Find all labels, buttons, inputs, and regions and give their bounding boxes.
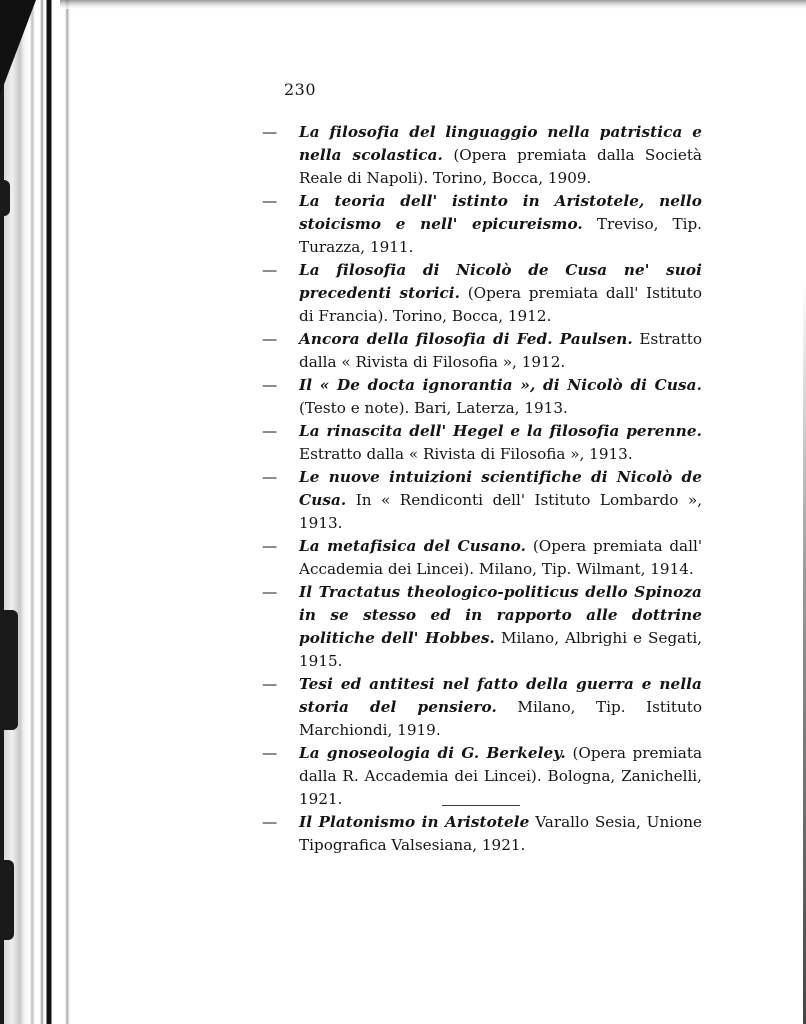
binding-shadow	[0, 0, 36, 95]
entry-dash: —	[262, 811, 277, 834]
entry-dash: —	[262, 535, 277, 558]
entry-dash: —	[262, 374, 277, 397]
page-number: 230	[284, 80, 316, 99]
bibliography-list: — La filosofia del linguaggio nella patr…	[262, 121, 702, 857]
entry-dash: —	[262, 259, 277, 282]
entry-dash: —	[262, 673, 277, 696]
bibliography-entry: — La teoria dell' istinto in Aristotele,…	[262, 190, 702, 259]
entry-publication: Estratto dalla « Rivista di Filosofia »,…	[299, 445, 633, 463]
entry-title: Il Platonismo in Aristotele	[299, 813, 529, 831]
bibliography-entry: — La filosofia del linguaggio nella patr…	[262, 121, 702, 190]
bibliography-entry: — Le nuove intuizioni scientifiche di Ni…	[262, 466, 702, 535]
entry-publication: In « Rendiconti dell' Istituto Lombardo …	[299, 491, 702, 532]
entry-dash: —	[262, 742, 277, 765]
entry-dash: —	[262, 581, 277, 604]
entry-title: La gnoseologia di G. Berkeley.	[299, 744, 566, 762]
entry-dash: —	[262, 328, 277, 351]
bibliography-entry: — Il « De docta ignorantia », di Nicolò …	[262, 374, 702, 420]
binding-shadow	[0, 180, 10, 216]
binding-shadow	[0, 610, 18, 730]
entry-dash: —	[262, 420, 277, 443]
entry-publication: (Testo e note). Bari, Laterza, 1913.	[299, 399, 568, 417]
entry-title: La rinascita dell' Hegel e la filosofia …	[299, 422, 702, 440]
entry-title: Il « De docta ignorantia », di Nicolò di…	[299, 376, 702, 394]
bibliography-entry: — La filosofia di Nicolò de Cusa ne' suo…	[262, 259, 702, 328]
bibliography-entry: — La metafisica del Cusano. (Opera premi…	[262, 535, 702, 581]
bibliography-entry: — Tesi ed antitesi nel fatto della guerr…	[262, 673, 702, 742]
entry-dash: —	[262, 466, 277, 489]
entry-title: La metafisica del Cusano.	[299, 537, 526, 555]
scan-top-edge	[60, 0, 806, 9]
entry-dash: —	[262, 190, 277, 213]
bibliography-entry: — La gnoseologia di G. Berkeley. (Opera …	[262, 742, 702, 811]
bibliography-entry: — Il Tractatus theologico-politicus dell…	[262, 581, 702, 673]
end-separator-rule	[442, 805, 520, 806]
entry-dash: —	[262, 121, 277, 144]
binding-shadow	[0, 860, 14, 940]
bibliography-entry: — Il Platonismo in Aristotele Varallo Se…	[262, 811, 702, 857]
bibliography-entry: — La rinascita dell' Hegel e la filosofi…	[262, 420, 702, 466]
bibliography-entry: — Ancora della filosofia di Fed. Paulsen…	[262, 328, 702, 374]
entry-title: Ancora della filosofia di Fed. Paulsen.	[299, 330, 633, 348]
